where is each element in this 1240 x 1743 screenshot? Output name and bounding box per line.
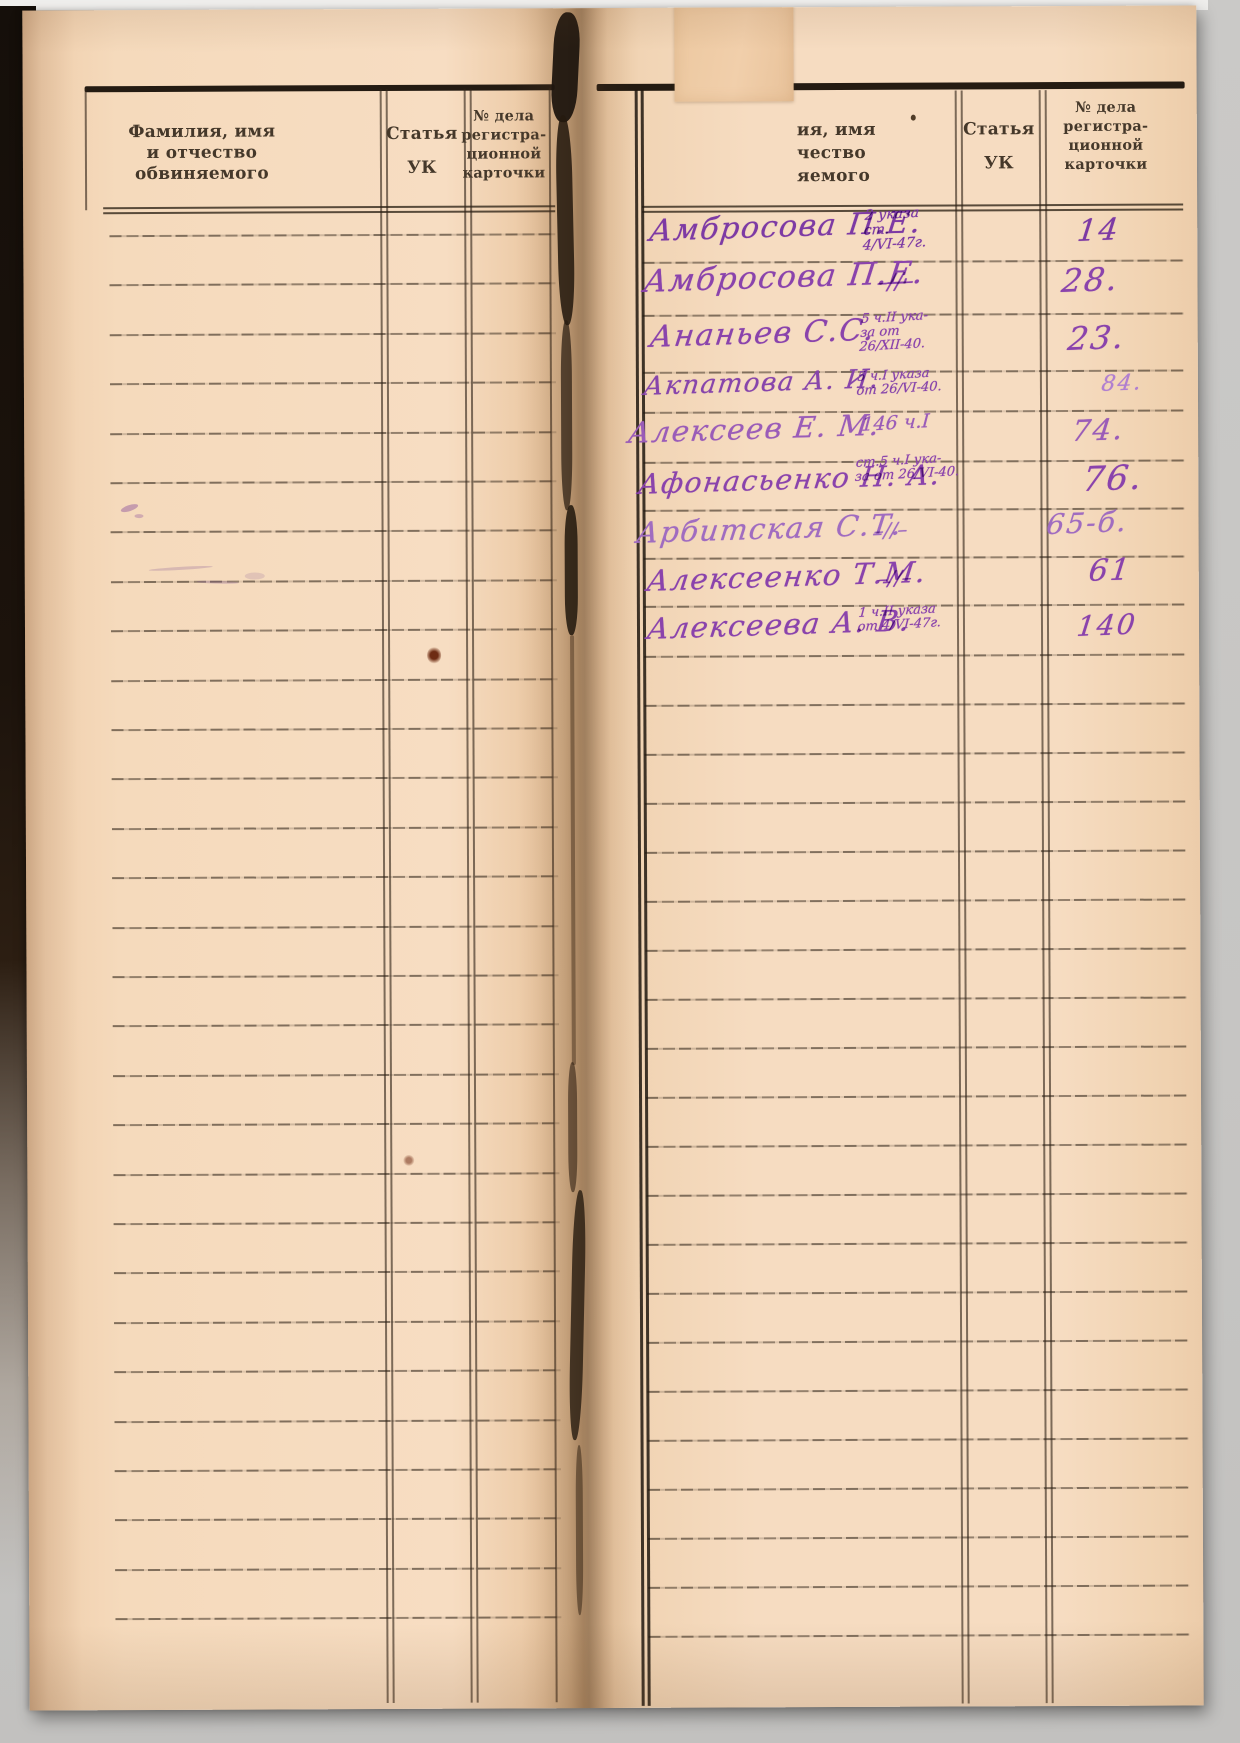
ink-smudge [120,502,139,513]
row-line [646,1143,1187,1147]
entry-name: Алексеев Е. М. [626,408,882,450]
row-line [113,1073,559,1077]
entry-article: –//– [877,567,912,589]
column-line [549,88,558,1702]
row-line [115,1468,561,1472]
row-line [114,1271,560,1275]
entry-name: Арбитская С.Т. [635,507,905,550]
paper-stain [427,647,441,664]
row-line [114,1320,560,1324]
entry-card-number: 23. [1066,318,1128,358]
row-line [113,1024,559,1028]
row-line [114,1221,560,1225]
row-line [647,1388,1188,1392]
row-line [115,1518,561,1522]
row-line [645,849,1186,853]
torn-paper-edge [570,635,576,1065]
header-line: ционной [1053,136,1159,155]
row-line [645,898,1186,902]
row-line [111,727,557,731]
header-line: № дела [449,106,559,125]
header-line: № дела [1053,98,1159,117]
paper-patch [674,5,793,101]
row-line [648,1437,1189,1441]
column-header-card: № дела регистра- ционной карточки [449,106,559,182]
row-line [644,654,1185,658]
row-line [111,628,557,632]
ink-smudge [134,514,143,518]
row-line [645,801,1186,805]
header-line: ционной [449,144,559,163]
paper-stain [403,1155,414,1166]
ink-smudge [197,580,239,584]
row-line [110,332,556,336]
header-line: Статья [955,120,1043,138]
entry-article-line: от 4/VI-47г. [857,616,941,635]
entry-article-line: 146 ч.I [861,411,930,435]
row-line [111,579,557,583]
row-line [112,826,558,830]
entry-article-line: 4/VI-47г. [862,235,927,254]
row-line [645,947,1186,951]
entry-card-number: 140 [1075,608,1139,643]
entry-article: 5 ч.I указаот 26/VI-40. [856,366,943,399]
row-line [647,1339,1188,1343]
torn-paper-edge [568,1062,578,1192]
row-line [647,1290,1188,1294]
torn-paper-edge [561,320,573,510]
header-line: яемого [797,165,947,189]
entry-article: 5 ч.II ука-за от26/XII-40. [859,309,929,355]
paper-stain [911,115,916,121]
row-line [646,1094,1187,1098]
row-line [646,1192,1187,1196]
row-line [647,1241,1188,1245]
header-line: УК [955,154,1043,172]
entry-article: ст.5 ч.I ука-за от 26/VI-40. [854,451,960,485]
row-line [114,1419,560,1423]
entry-name: Акпатова А. И. [642,364,882,402]
ink-smudge [245,573,265,580]
entry-article: –//– [876,271,914,295]
row-line [646,1045,1187,1049]
entry-article: 2 указаст.4/VI-47г. [862,205,929,254]
ledger-scan: Фамилия, имя и отчество обвиняемого Стат… [0,0,1240,1743]
row-line [109,233,555,237]
ledger-spread: Фамилия, имя и отчество обвиняемого Стат… [22,5,1203,1710]
row-line [113,1172,559,1176]
row-line [110,381,556,385]
torn-paper-edge [576,1445,584,1615]
torn-paper-edge [564,505,578,635]
row-line [645,752,1186,756]
row-line [112,777,558,781]
header-line: чество [797,142,947,166]
entry-article: 146 ч.I [861,411,930,435]
column-header-name: Фамилия, имя и отчество обвиняемого [102,121,302,185]
header-left-border [85,88,88,210]
entry-name: Ананьев С.С. [648,313,877,355]
row-line [113,974,559,978]
header-line: и отчество [102,142,302,164]
entry-card-number: 76. [1080,458,1145,500]
row-line [646,996,1187,1000]
row-line [114,1369,560,1373]
torn-paper-edge [550,12,581,123]
entry-article-line: –//– [877,567,912,589]
row-line [111,678,557,682]
ink-smudge [149,565,213,572]
row-line [111,530,557,534]
row-line [110,480,556,484]
header-line: ия, имя [797,119,947,143]
header-bottom-line [103,205,555,209]
row-line [648,1584,1189,1588]
header-line: регистра- [449,125,559,144]
torn-paper-edge [555,115,576,325]
torn-paper-edge [568,1190,586,1440]
row-line [644,703,1185,707]
column-header-name: ия, имя чество яемого [797,119,947,189]
header-line: карточки [449,163,559,182]
row-line [648,1535,1189,1539]
table-top-border [85,84,555,92]
entry-article-line: –//– [873,519,908,541]
row-line [648,1486,1189,1490]
entry-card-number: 84. [1100,370,1144,397]
entry-card-number: 65-б. [1045,505,1130,541]
entry-card-number: 74. [1070,412,1126,448]
row-line [112,925,558,929]
entry-article-line: от 26/VI-40. [856,380,942,399]
entry-article-line: –//– [876,271,914,295]
entry-article: –//– [873,519,908,541]
row-line [113,1122,559,1126]
row-line [115,1616,561,1620]
row-line [115,1567,561,1571]
entry-article: 1 ч.II указаот 4/VI-47г. [857,602,942,635]
column-header-article: Статья УК [955,120,1043,172]
row-line [648,1633,1189,1637]
column-header-card: № дела регистра- ционной карточки [1053,98,1159,174]
header-line: карточки [1053,155,1159,174]
row-line [109,283,555,287]
entry-article-line: 26/XII-40. [859,337,927,355]
header-line: обвиняемого [102,163,302,185]
entry-card-number: 61 [1087,552,1134,589]
header-bottom-line [103,210,555,214]
row-line [110,431,556,435]
entry-card-number: 28. [1060,260,1122,300]
header-line: Фамилия, имя [102,121,302,143]
header-line: регистра- [1053,117,1159,136]
row-line [112,875,558,879]
entry-card-number: 14 [1075,212,1122,249]
